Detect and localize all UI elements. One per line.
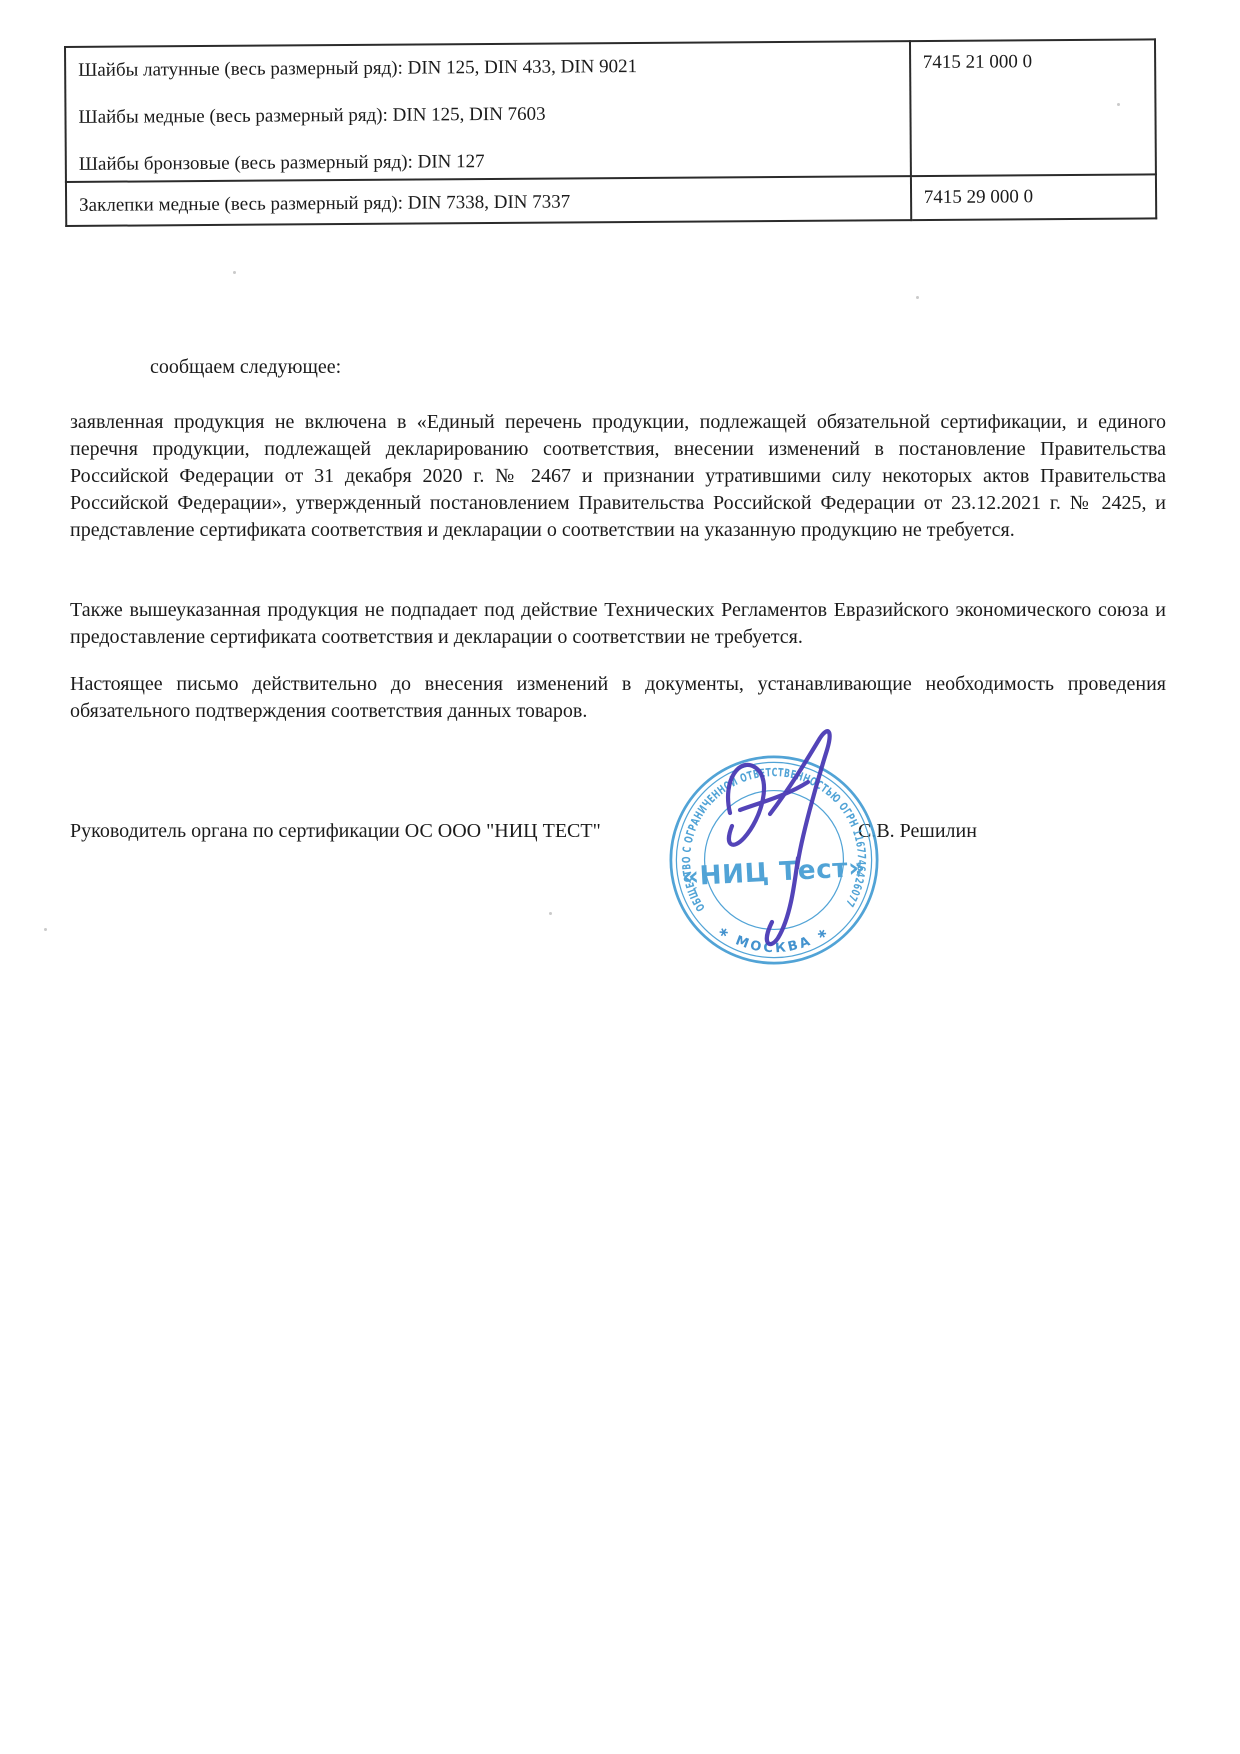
hs-code-value: 7415 29 000 0 bbox=[924, 183, 1143, 208]
goods-codes-table: Шайбы латунные (весь размерный ряд): DIN… bbox=[64, 38, 1157, 227]
handwritten-signature bbox=[700, 718, 850, 958]
product-line: Шайбы латунные (весь размерный ряд): DIN… bbox=[78, 54, 897, 81]
signatory-title: Руководитель органа по сертификации ОС О… bbox=[70, 820, 601, 843]
product-line: Шайбы бронзовые (весь размерный ряд): DI… bbox=[79, 148, 898, 175]
hs-code-cell: 7415 21 000 0 bbox=[910, 39, 1156, 176]
paragraph-validity: Настоящее письмо действительно до внесен… bbox=[70, 671, 1166, 725]
hs-code-value: 7415 21 000 0 bbox=[923, 48, 1142, 73]
product-cell: Шайбы латунные (весь размерный ряд): DIN… bbox=[65, 41, 911, 182]
hs-code-cell: 7415 29 000 0 bbox=[911, 174, 1157, 220]
intro-line: сообщаем следующее: bbox=[150, 356, 341, 379]
scan-speck bbox=[44, 928, 47, 931]
scan-speck bbox=[233, 271, 236, 274]
scan-speck bbox=[549, 912, 552, 915]
scan-speck bbox=[1117, 103, 1120, 106]
product-line: Заклепки медные (весь размерный ряд): DI… bbox=[79, 189, 898, 216]
paragraph-technical-regulations: Также вышеуказанная продукция не подпада… bbox=[70, 597, 1166, 651]
document-page: Шайбы латунные (весь размерный ряд): DIN… bbox=[0, 0, 1240, 1754]
product-cell: Заклепки медные (весь размерный ряд): DI… bbox=[66, 176, 911, 226]
product-line: Шайбы медные (весь размерный ряд): DIN 1… bbox=[78, 101, 897, 128]
scan-speck bbox=[916, 296, 919, 299]
table-row: Шайбы латунные (весь размерный ряд): DIN… bbox=[65, 39, 1156, 182]
table-row: Заклепки медные (весь размерный ряд): DI… bbox=[66, 174, 1156, 226]
signature-strokes bbox=[700, 718, 850, 958]
paragraph-certification: заявленная продукция не включена в «Един… bbox=[70, 409, 1166, 544]
